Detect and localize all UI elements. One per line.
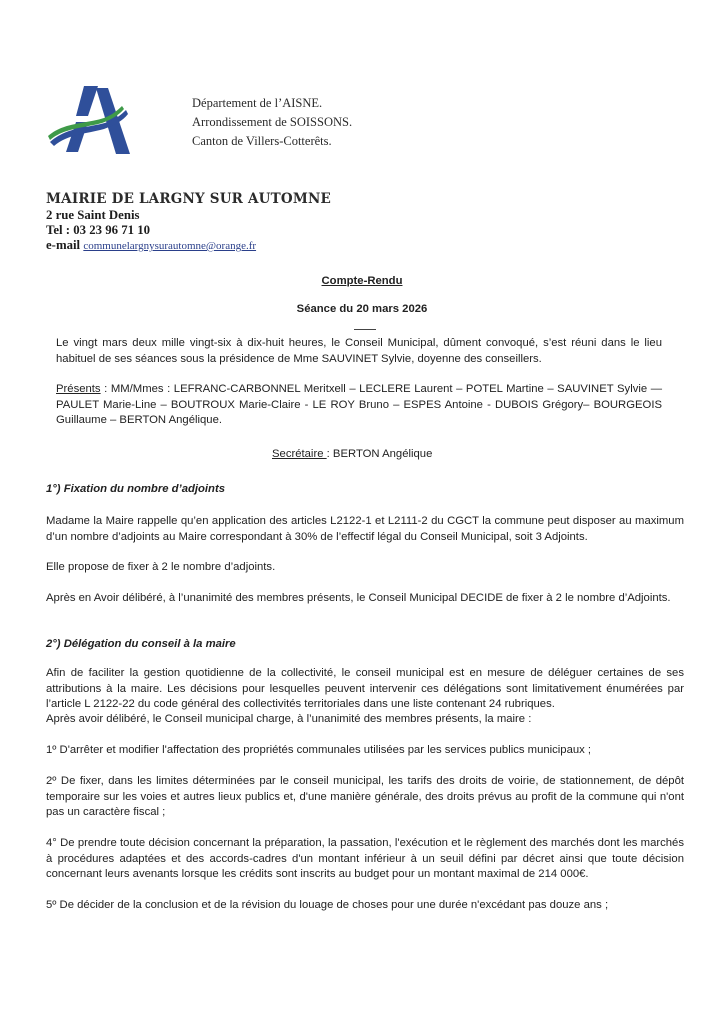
- section-2-heading: 2°) Délégation du conseil à la maire: [46, 638, 236, 650]
- divider: [354, 329, 376, 330]
- secretaire-label: Secrétaire: [272, 448, 327, 460]
- section-2-paragraph: Après avoir délibéré, le Conseil municip…: [46, 712, 684, 728]
- delegation-item-2: 2º De fixer, dans les limites déterminée…: [46, 774, 684, 821]
- intro-paragraph: Le vingt mars deux mille vingt-six à dix…: [56, 336, 662, 367]
- department-line: Département de l’AISNE.: [192, 94, 352, 113]
- secretaire-line: Secrétaire : BERTON Angélique: [272, 448, 432, 460]
- aisne-logo-icon: [46, 82, 134, 158]
- mairie-address: 2 rue Saint Denis: [46, 208, 331, 223]
- secretaire-text: : BERTON Angélique: [327, 448, 433, 460]
- section-1-paragraph: Madame la Maire rappelle qu’en applicati…: [46, 514, 684, 545]
- arrondissement-line: Arrondissement de SOISSONS.: [192, 113, 352, 132]
- email-label: e-mail: [46, 238, 80, 252]
- section-2-paragraph: Afin de faciliter la gestion quotidienne…: [46, 666, 684, 713]
- mairie-tel: Tel : 03 23 96 71 10: [46, 223, 331, 238]
- presents-text: : MM/Mmes : LEFRANC-CARBONNEL Meritxell …: [56, 383, 662, 426]
- section-1-heading: 1°) Fixation du nombre d’adjoints: [46, 483, 225, 495]
- mairie-block: MAIRIE DE LARGNY SUR AUTOMNE 2 rue Saint…: [46, 190, 331, 254]
- delegation-item-1: 1º D'arrêter et modifier l'affectation d…: [46, 743, 684, 759]
- presents-label: Présents: [56, 383, 101, 395]
- mairie-email-row: e-mail communelargnysurautomne@orange.fr: [46, 238, 331, 254]
- department-block: Département de l’AISNE. Arrondissement d…: [192, 94, 352, 151]
- presents-paragraph: Présents : MM/Mmes : LEFRANC-CARBONNEL M…: [56, 382, 662, 429]
- delegation-item-5: 5º De décider de la conclusion et de la …: [46, 898, 684, 914]
- delegation-item-4: 4° De prendre toute décision concernant …: [46, 836, 684, 883]
- email-link[interactable]: communelargnysurautomne@orange.fr: [83, 240, 256, 252]
- mairie-name: MAIRIE DE LARGNY SUR AUTOMNE: [46, 190, 331, 208]
- section-1-paragraph: Après en Avoir délibéré, à l’unanimité d…: [46, 591, 684, 607]
- seance-date: Séance du 20 mars 2026: [0, 303, 724, 315]
- section-1-paragraph: Elle propose de fixer à 2 le nombre d’ad…: [46, 560, 684, 576]
- canton-line: Canton de Villers-Cotterêts.: [192, 132, 352, 151]
- document-page: Département de l’AISNE. Arrondissement d…: [0, 0, 724, 1024]
- document-title: Compte-Rendu: [0, 275, 724, 287]
